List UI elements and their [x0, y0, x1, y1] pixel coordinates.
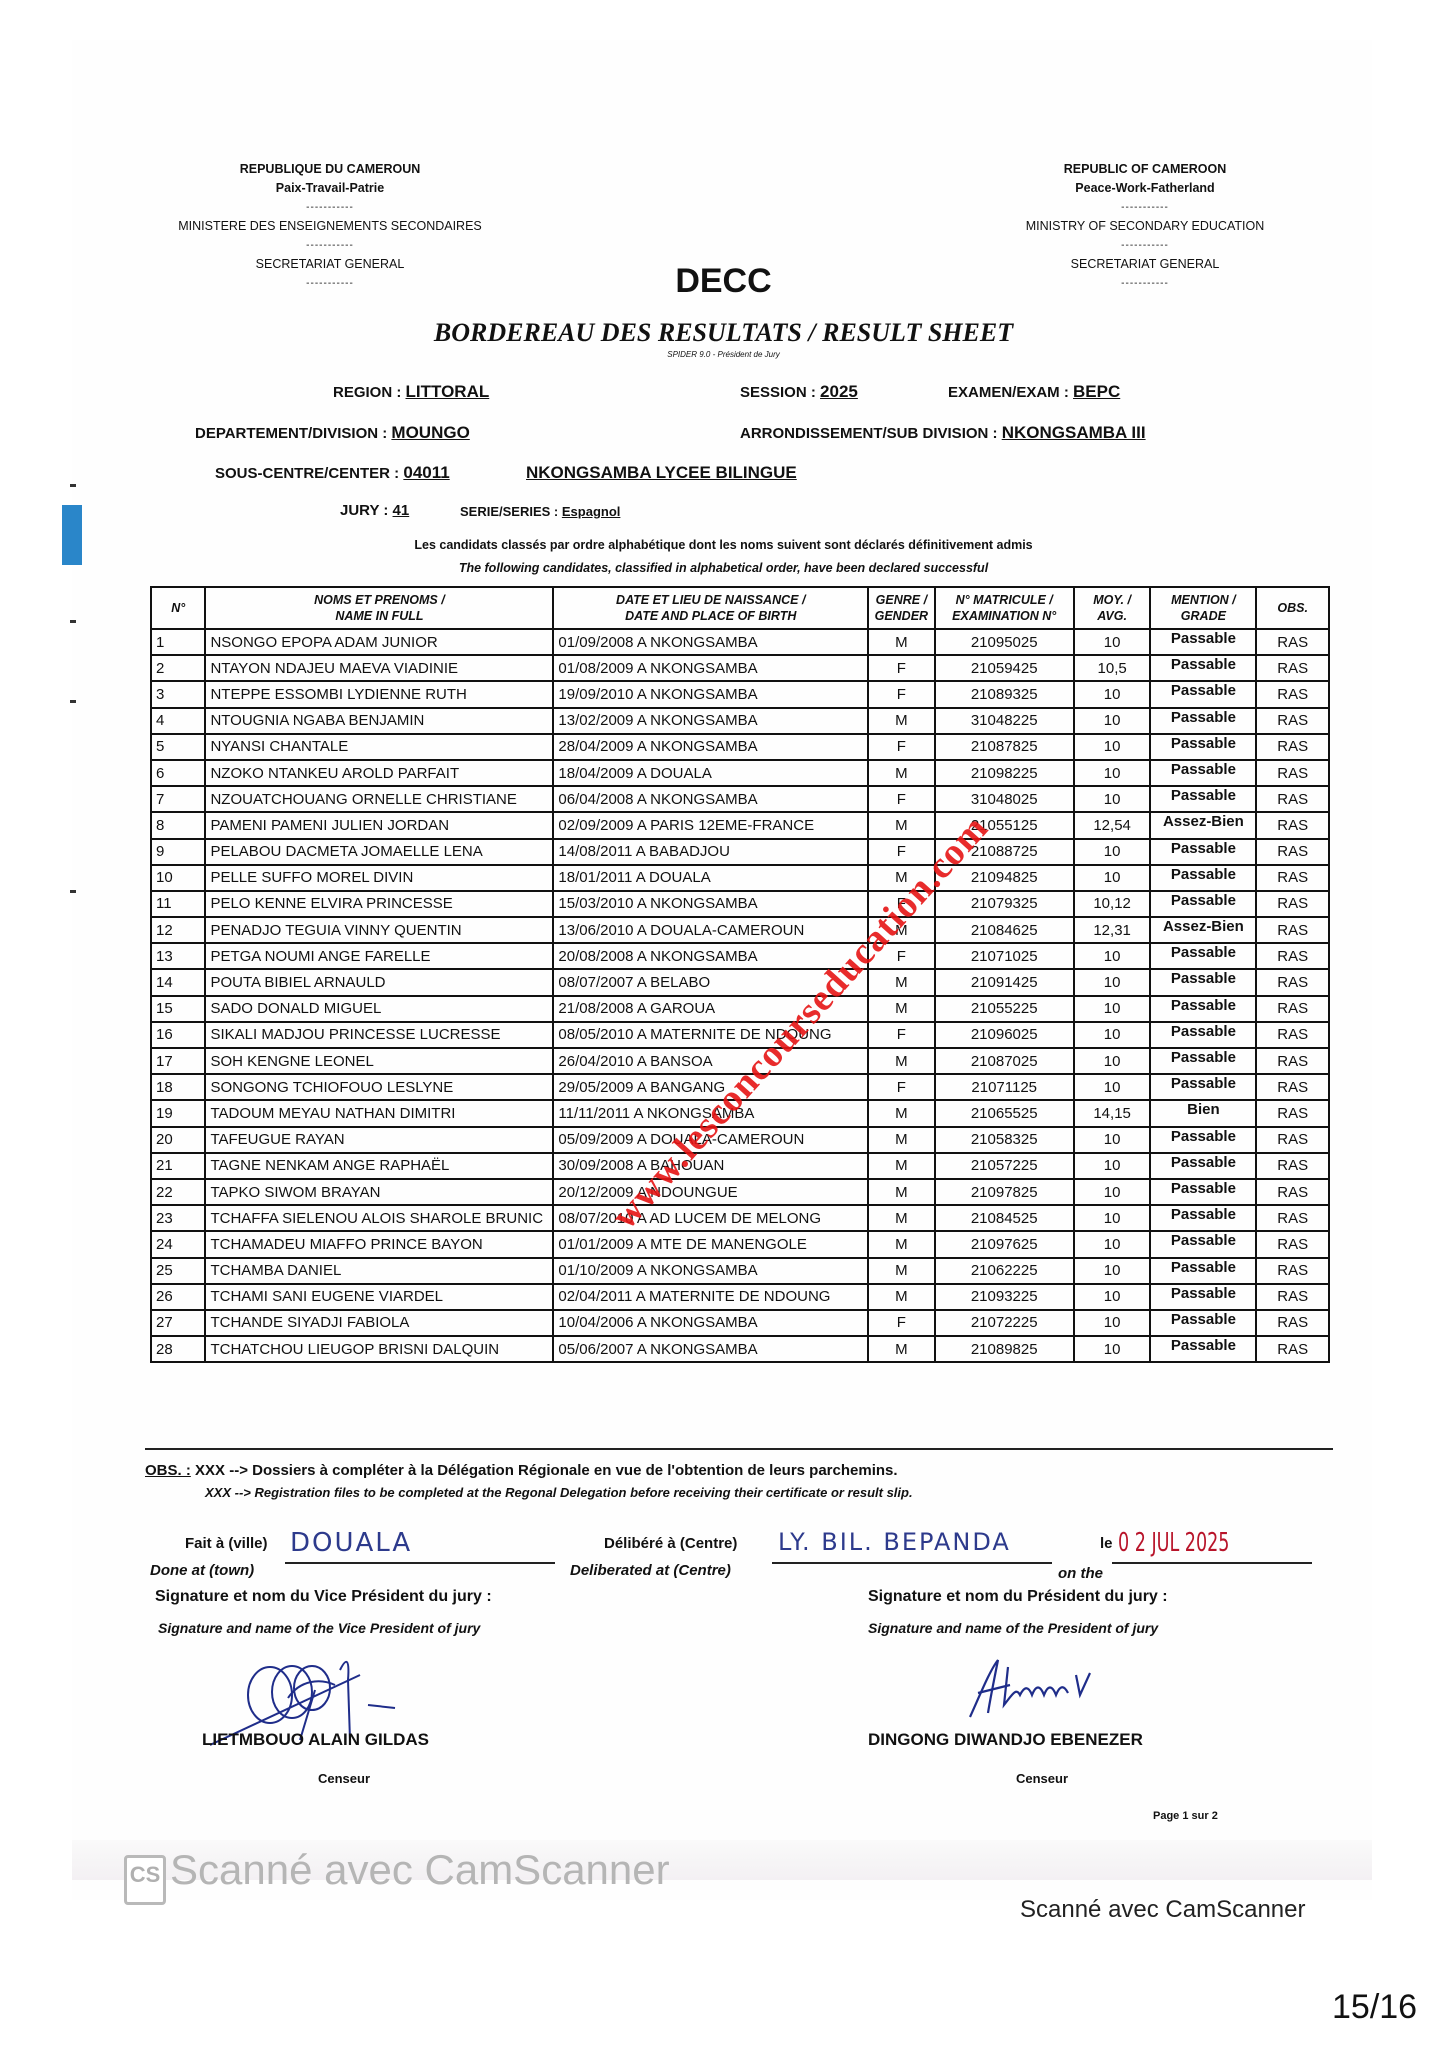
observation-cell: RAS: [1256, 655, 1329, 681]
date-stamp: 0 2 JUL 2025: [1118, 1528, 1229, 1558]
subdivision-value: NKONGSAMBA III: [1002, 423, 1146, 442]
date-label-fr: le: [1100, 1535, 1113, 1552]
grade-cell: Passable: [1150, 1074, 1256, 1100]
gender-cell: F: [868, 681, 935, 707]
table-row: 27TCHANDE SIYADJI FABIOLA10/04/2006 A NK…: [151, 1310, 1329, 1336]
table-row: 4NTOUGNIA NGABA BENJAMIN13/02/2009 A NKO…: [151, 708, 1329, 734]
candidate-name-cell: PAMENI PAMENI JULIEN JORDAN: [205, 812, 553, 838]
results-table: N° NOMS ET PRENOMS /NAME IN FULL DATE ET…: [150, 586, 1330, 1363]
table-row: 23TCHAFFA SIELENOU ALOIS SHAROLE BRUNIC0…: [151, 1205, 1329, 1231]
average-cell: 10: [1074, 1205, 1151, 1231]
average-cell: 10: [1074, 734, 1151, 760]
observation-cell: RAS: [1256, 786, 1329, 812]
candidate-name-cell: TAPKO SIWOM BRAYAN: [205, 1179, 553, 1205]
grade-cell: Assez-Bien: [1150, 917, 1256, 943]
grade-cell: Passable: [1150, 1048, 1256, 1074]
observation-cell: RAS: [1256, 708, 1329, 734]
motto-fr: Paix-Travail-Patrie: [160, 179, 500, 198]
table-row: 10PELLE SUFFO MOREL DIVIN18/01/2011 A DO…: [151, 865, 1329, 891]
row-number-cell: 27: [151, 1310, 205, 1336]
gender-cell: F: [868, 655, 935, 681]
grade-cell: Passable: [1150, 681, 1256, 707]
birth-date-place-cell: 28/04/2009 A NKONGSAMBA: [553, 734, 868, 760]
gender-cell: F: [868, 1022, 935, 1048]
row-number-cell: 12: [151, 917, 205, 943]
table-row: 18SONGONG TCHIOFOUO LESLYNE29/05/2009 A …: [151, 1074, 1329, 1100]
row-number-cell: 24: [151, 1231, 205, 1257]
scan-edge-mark: [70, 700, 76, 703]
gender-cell: F: [868, 891, 935, 917]
table-row: 22TAPKO SIWOM BRAYAN20/12/2009 A NDOUNGU…: [151, 1179, 1329, 1205]
statement-fr: Les candidats classés par ordre alphabét…: [0, 538, 1447, 552]
observation-cell: RAS: [1256, 1127, 1329, 1153]
grade-cell: Passable: [1150, 1284, 1256, 1310]
row-number-cell: 5: [151, 734, 205, 760]
exam-label: EXAMEN/EXAM :: [948, 384, 1069, 401]
row-number-cell: 21: [151, 1153, 205, 1179]
grade-cell: Passable: [1150, 1310, 1256, 1336]
birth-date-place-cell: 30/09/2008 A BAHOUAN: [553, 1153, 868, 1179]
vice-president-name: LIETMBOUO ALAIN GILDAS: [202, 1730, 429, 1750]
birth-date-place-cell: 26/04/2010 A BANSOA: [553, 1048, 868, 1074]
examination-number-cell: 21059425: [935, 655, 1074, 681]
gender-cell: M: [868, 1258, 935, 1284]
row-number-cell: 23: [151, 1205, 205, 1231]
observation-fr: OBS. : XXX --> Dossiers à compléter à la…: [145, 1462, 898, 1479]
examination-number-cell: 21065525: [935, 1100, 1074, 1126]
table-row: 12PENADJO TEGUIA VINNY QUENTIN13/06/2010…: [151, 917, 1329, 943]
birth-date-place-cell: 11/11/2011 A NKONGSAMBA: [553, 1100, 868, 1126]
examination-number-cell: 21071125: [935, 1074, 1074, 1100]
gender-cell: M: [868, 865, 935, 891]
gender-cell: M: [868, 1336, 935, 1362]
row-number-cell: 14: [151, 969, 205, 995]
birth-date-place-cell: 10/04/2006 A NKONGSAMBA: [553, 1310, 868, 1336]
division-field: DEPARTEMENT/DIVISION : MOUNGO: [195, 423, 470, 443]
average-cell: 10: [1074, 865, 1151, 891]
observation-cell: RAS: [1256, 865, 1329, 891]
observation-cell: RAS: [1256, 760, 1329, 786]
gender-cell: M: [868, 629, 935, 655]
country-fr: REPUBLIQUE DU CAMEROUN: [160, 160, 500, 179]
average-cell: 10: [1074, 1127, 1151, 1153]
birth-date-place-cell: 13/02/2009 A NKONGSAMBA: [553, 708, 868, 734]
examination-number-cell: 31048225: [935, 708, 1074, 734]
birth-date-place-cell: 14/08/2011 A BABADJOU: [553, 839, 868, 865]
examination-number-cell: 21089825: [935, 1336, 1074, 1362]
average-cell: 10: [1074, 760, 1151, 786]
average-cell: 10: [1074, 1284, 1151, 1310]
observation-cell: RAS: [1256, 917, 1329, 943]
separator: -----------: [980, 236, 1310, 255]
gender-cell: F: [868, 1074, 935, 1100]
series-value: Espagnol: [562, 504, 621, 519]
gender-cell: M: [868, 1179, 935, 1205]
scan-edge-mark: [70, 620, 76, 623]
examination-number-cell: 21055225: [935, 996, 1074, 1022]
candidate-name-cell: NYANSI CHANTALE: [205, 734, 553, 760]
birth-date-place-cell: 18/04/2009 A DOUALA: [553, 760, 868, 786]
row-number-cell: 18: [151, 1074, 205, 1100]
candidate-name-cell: SOH KENGNE LEONEL: [205, 1048, 553, 1074]
birth-date-place-cell: 06/04/2008 A NKONGSAMBA: [553, 786, 868, 812]
subdivision-field: ARRONDISSEMENT/SUB DIVISION : NKONGSAMBA…: [740, 423, 1146, 443]
scan-edge-mark: [70, 890, 76, 893]
grade-cell: Passable: [1150, 734, 1256, 760]
row-number-cell: 22: [151, 1179, 205, 1205]
camscanner-caption: Scanné avec CamScanner: [1020, 1896, 1306, 1924]
table-row: 15SADO DONALD MIGUEL21/08/2008 A GAROUAM…: [151, 996, 1329, 1022]
col-header-obs: OBS.: [1256, 587, 1329, 629]
birth-date-place-cell: 01/09/2008 A NKONGSAMBA: [553, 629, 868, 655]
examination-number-cell: 21097625: [935, 1231, 1074, 1257]
observation-cell: RAS: [1256, 1336, 1329, 1362]
gender-cell: F: [868, 839, 935, 865]
table-row: 24TCHAMADEU MIAFFO PRINCE BAYON01/01/200…: [151, 1231, 1329, 1257]
row-number-cell: 13: [151, 943, 205, 969]
col-header-matricule: N° MATRICULE /EXAMINATION N°: [935, 587, 1074, 629]
table-row: 20TAFEUGUE RAYAN05/09/2009 A DOUALA-CAME…: [151, 1127, 1329, 1153]
candidate-name-cell: PETGA NOUMI ANGE FARELLE: [205, 943, 553, 969]
gender-cell: M: [868, 1048, 935, 1074]
session-label: SESSION :: [740, 384, 816, 401]
table-row: 1NSONGO EPOPA ADAM JUNIOR01/09/2008 A NK…: [151, 629, 1329, 655]
candidate-name-cell: PELLE SUFFO MOREL DIVIN: [205, 865, 553, 891]
table-row: 6NZOKO NTANKEU AROLD PARFAIT18/04/2009 A…: [151, 760, 1329, 786]
col-header-name: NOMS ET PRENOMS /NAME IN FULL: [205, 587, 553, 629]
average-cell: 10: [1074, 1336, 1151, 1362]
examination-number-cell: 31048025: [935, 786, 1074, 812]
observation-cell: RAS: [1256, 734, 1329, 760]
gender-cell: M: [868, 708, 935, 734]
done-at-line: [285, 1562, 555, 1564]
president-title-en: Signature and name of the President of j…: [868, 1620, 1158, 1636]
col-header-birth: DATE ET LIEU DE NAISSANCE /DATE AND PLAC…: [553, 587, 868, 629]
average-cell: 10: [1074, 1153, 1151, 1179]
done-at-label-en: Done at (town): [150, 1562, 254, 1579]
average-cell: 10: [1074, 1310, 1151, 1336]
separator: -----------: [980, 198, 1310, 217]
grade-cell: Passable: [1150, 1179, 1256, 1205]
examination-number-cell: 21087025: [935, 1048, 1074, 1074]
observation-cell: RAS: [1256, 1074, 1329, 1100]
candidate-name-cell: PENADJO TEGUIA VINNY QUENTIN: [205, 917, 553, 943]
gender-cell: F: [868, 734, 935, 760]
examination-number-cell: 21057225: [935, 1153, 1074, 1179]
col-header-number: N°: [151, 587, 205, 629]
session-field: SESSION : 2025: [740, 382, 858, 402]
gender-cell: M: [868, 1284, 935, 1310]
candidate-name-cell: TAGNE NENKAM ANGE RAPHAËL: [205, 1153, 553, 1179]
examination-number-cell: 21072225: [935, 1310, 1074, 1336]
observation-cell: RAS: [1256, 1258, 1329, 1284]
average-cell: 10: [1074, 969, 1151, 995]
jury-label: JURY :: [340, 502, 388, 519]
exam-value: BEPC: [1073, 382, 1120, 401]
grade-cell: Passable: [1150, 786, 1256, 812]
observation-cell: RAS: [1256, 1310, 1329, 1336]
birth-date-place-cell: 08/05/2010 A MATERNITE DE NDOUNG: [553, 1022, 868, 1048]
examination-number-cell: 21095025: [935, 629, 1074, 655]
table-header-row: N° NOMS ET PRENOMS /NAME IN FULL DATE ET…: [151, 587, 1329, 629]
average-cell: 10: [1074, 1074, 1151, 1100]
camscanner-logo-icon: CS: [124, 1855, 166, 1905]
row-number-cell: 28: [151, 1336, 205, 1362]
grade-cell: Passable: [1150, 760, 1256, 786]
examination-number-cell: 21058325: [935, 1127, 1074, 1153]
table-row: 14POUTA BIBIEL ARNAULD08/07/2007 A BELAB…: [151, 969, 1329, 995]
deliberated-line: [772, 1562, 1052, 1564]
birth-date-place-cell: 18/01/2011 A DOUALA: [553, 865, 868, 891]
vice-president-role: Censeur: [318, 1771, 370, 1786]
observation-cell: RAS: [1256, 943, 1329, 969]
observation-cell: RAS: [1256, 1022, 1329, 1048]
region-value: LITTORAL: [406, 382, 490, 401]
average-cell: 10: [1074, 1231, 1151, 1257]
birth-date-place-cell: 02/04/2011 A MATERNITE DE NDOUNG: [553, 1284, 868, 1310]
row-number-cell: 6: [151, 760, 205, 786]
row-number-cell: 15: [151, 996, 205, 1022]
grade-cell: Bien: [1150, 1100, 1256, 1126]
division-label: DEPARTEMENT/DIVISION :: [195, 425, 387, 442]
examination-number-cell: 21084625: [935, 917, 1074, 943]
average-cell: 10: [1074, 629, 1151, 655]
observation-cell: RAS: [1256, 969, 1329, 995]
table-row: 11PELO KENNE ELVIRA PRINCESSE15/03/2010 …: [151, 891, 1329, 917]
row-number-cell: 4: [151, 708, 205, 734]
gender-cell: F: [868, 1310, 935, 1336]
candidate-name-cell: NTOUGNIA NGABA BENJAMIN: [205, 708, 553, 734]
examination-number-cell: 21094825: [935, 865, 1074, 891]
table-row: 25TCHAMBA DANIEL01/10/2009 A NKONGSAMBAM…: [151, 1258, 1329, 1284]
observation-cell: RAS: [1256, 839, 1329, 865]
average-cell: 10: [1074, 1258, 1151, 1284]
grade-cell: Passable: [1150, 1336, 1256, 1362]
birth-date-place-cell: 01/10/2009 A NKONGSAMBA: [553, 1258, 868, 1284]
grade-cell: Passable: [1150, 1258, 1256, 1284]
average-cell: 10: [1074, 996, 1151, 1022]
average-cell: 10,5: [1074, 655, 1151, 681]
candidate-name-cell: POUTA BIBIEL ARNAULD: [205, 969, 553, 995]
examination-number-cell: 21079325: [935, 891, 1074, 917]
observation-cell: RAS: [1256, 1153, 1329, 1179]
vice-president-title-fr: Signature et nom du Vice Président du ju…: [155, 1588, 492, 1606]
birth-date-place-cell: 20/12/2009 A NDOUNGUE: [553, 1179, 868, 1205]
jury-field: JURY : 41: [340, 502, 409, 519]
average-cell: 10: [1074, 839, 1151, 865]
candidate-name-cell: PELO KENNE ELVIRA PRINCESSE: [205, 891, 553, 917]
gender-cell: M: [868, 812, 935, 838]
examination-number-cell: 21089325: [935, 681, 1074, 707]
series-field: SERIE/SERIES : Espagnol: [460, 504, 620, 519]
center-name: NKONGSAMBA LYCEE BILINGUE: [526, 463, 797, 482]
grade-cell: Passable: [1150, 1153, 1256, 1179]
birth-date-place-cell: 05/09/2009 A DOUALA-CAMEROUN: [553, 1127, 868, 1153]
gender-cell: M: [868, 969, 935, 995]
grade-cell: Passable: [1150, 655, 1256, 681]
birth-date-place-cell: 15/03/2010 A NKONGSAMBA: [553, 891, 868, 917]
scan-edge-artifact: [62, 505, 82, 565]
candidate-name-cell: SONGONG TCHIOFOUO LESLYNE: [205, 1074, 553, 1100]
grade-cell: Passable: [1150, 943, 1256, 969]
row-number-cell: 25: [151, 1258, 205, 1284]
examination-number-cell: 21071025: [935, 943, 1074, 969]
birth-date-place-cell: 20/08/2008 A NKONGSAMBA: [553, 943, 868, 969]
row-number-cell: 16: [151, 1022, 205, 1048]
candidate-name-cell: TCHAMBA DANIEL: [205, 1258, 553, 1284]
candidate-name-cell: SIKALI MADJOU PRINCESSE LUCRESSE: [205, 1022, 553, 1048]
gender-cell: M: [868, 1127, 935, 1153]
candidate-name-cell: TCHAFFA SIELENOU ALOIS SHAROLE BRUNIC: [205, 1205, 553, 1231]
row-number-cell: 11: [151, 891, 205, 917]
birth-date-place-cell: 05/06/2007 A NKONGSAMBA: [553, 1336, 868, 1362]
examination-number-cell: 21096025: [935, 1022, 1074, 1048]
gender-cell: M: [868, 760, 935, 786]
row-number-cell: 3: [151, 681, 205, 707]
candidate-name-cell: NSONGO EPOPA ADAM JUNIOR: [205, 629, 553, 655]
observation-cell: RAS: [1256, 1284, 1329, 1310]
table-row: 19TADOUM MEYAU NATHAN DIMITRI11/11/2011 …: [151, 1100, 1329, 1126]
page-subtitle: SPIDER 9.0 - Président de Jury: [0, 350, 1447, 359]
examination-number-cell: 21087825: [935, 734, 1074, 760]
average-cell: 10: [1074, 786, 1151, 812]
camscanner-watermark: Scanné avec CamScanner: [170, 1846, 670, 1894]
grade-cell: Passable: [1150, 969, 1256, 995]
birth-date-place-cell: 02/09/2009 A PARIS 12EME-FRANCE: [553, 812, 868, 838]
col-header-average: MOY. /AVG.: [1074, 587, 1151, 629]
deliberated-value: LY. BIL. BEPANDA: [778, 1528, 1011, 1556]
observation-cell: RAS: [1256, 1179, 1329, 1205]
observation-cell: RAS: [1256, 629, 1329, 655]
president-title-fr: Signature et nom du Président du jury :: [868, 1588, 1168, 1606]
deliberated-label-en: Deliberated at (Centre): [570, 1562, 731, 1579]
country-en: REPUBLIC OF CAMEROON: [980, 160, 1310, 179]
average-cell: 10: [1074, 1048, 1151, 1074]
table-row: 5NYANSI CHANTALE28/04/2009 A NKONGSAMBAF…: [151, 734, 1329, 760]
exam-field: EXAMEN/EXAM : BEPC: [948, 382, 1120, 402]
birth-date-place-cell: 13/06/2010 A DOUALA-CAMEROUN: [553, 917, 868, 943]
candidate-name-cell: NZOKO NTANKEU AROLD PARFAIT: [205, 760, 553, 786]
grade-cell: Passable: [1150, 839, 1256, 865]
birth-date-place-cell: 19/09/2010 A NKONGSAMBA: [553, 681, 868, 707]
candidate-name-cell: NZOUATCHOUANG ORNELLE CHRISTIANE: [205, 786, 553, 812]
average-cell: 12,31: [1074, 917, 1151, 943]
obs-text-fr: XXX --> Dossiers à compléter à la Déléga…: [195, 1462, 898, 1479]
observation-cell: RAS: [1256, 1205, 1329, 1231]
birth-date-place-cell: 01/08/2009 A NKONGSAMBA: [553, 655, 868, 681]
average-cell: 14,15: [1074, 1100, 1151, 1126]
row-number-cell: 1: [151, 629, 205, 655]
table-row: 8PAMENI PAMENI JULIEN JORDAN02/09/2009 A…: [151, 812, 1329, 838]
gender-cell: M: [868, 1205, 935, 1231]
candidate-name-cell: SADO DONALD MIGUEL: [205, 996, 553, 1022]
president-name: DINGONG DIWANDJO EBENEZER: [868, 1730, 1143, 1750]
motto-en: Peace-Work-Fatherland: [980, 179, 1310, 198]
table-row: 21TAGNE NENKAM ANGE RAPHAËL30/09/2008 A …: [151, 1153, 1329, 1179]
gender-cell: F: [868, 943, 935, 969]
table-row: 7NZOUATCHOUANG ORNELLE CHRISTIANE06/04/2…: [151, 786, 1329, 812]
table-row: 17SOH KENGNE LEONEL26/04/2010 A BANSOAM2…: [151, 1048, 1329, 1074]
president-role: Censeur: [1016, 1771, 1068, 1786]
examination-number-cell: 21055125: [935, 812, 1074, 838]
table-row: 13PETGA NOUMI ANGE FARELLE20/08/2008 A N…: [151, 943, 1329, 969]
ministry-fr: MINISTERE DES ENSEIGNEMENTS SECONDAIRES: [160, 217, 500, 236]
examination-number-cell: 21062225: [935, 1258, 1074, 1284]
observation-cell: RAS: [1256, 891, 1329, 917]
row-number-cell: 10: [151, 865, 205, 891]
date-line: [1112, 1562, 1312, 1564]
grade-cell: Passable: [1150, 629, 1256, 655]
candidate-name-cell: NTEPPE ESSOMBI LYDIENNE RUTH: [205, 681, 553, 707]
candidate-name-cell: PELABOU DACMETA JOMAELLE LENA: [205, 839, 553, 865]
done-at-label-fr: Fait à (ville): [185, 1535, 268, 1552]
candidate-name-cell: TADOUM MEYAU NATHAN DIMITRI: [205, 1100, 553, 1126]
separator: -----------: [160, 236, 500, 255]
grade-cell: Passable: [1150, 865, 1256, 891]
jury-value: 41: [393, 502, 410, 519]
divider: [145, 1448, 1333, 1450]
row-number-cell: 9: [151, 839, 205, 865]
grade-cell: Passable: [1150, 1127, 1256, 1153]
table-row: 16SIKALI MADJOU PRINCESSE LUCRESSE08/05/…: [151, 1022, 1329, 1048]
birth-date-place-cell: 08/07/2007 A BELABO: [553, 969, 868, 995]
table-row: 26TCHAMI SANI EUGENE VIARDEL02/04/2011 A…: [151, 1284, 1329, 1310]
birth-date-place-cell: 08/07/2010 A AD LUCEM DE MELONG: [553, 1205, 868, 1231]
observation-cell: RAS: [1256, 812, 1329, 838]
center-code: 04011: [403, 463, 449, 482]
row-number-cell: 8: [151, 812, 205, 838]
examination-number-cell: 21093225: [935, 1284, 1074, 1310]
observation-cell: RAS: [1256, 1100, 1329, 1126]
table-row: 2NTAYON NDAJEU MAEVA VIADINIE01/08/2009 …: [151, 655, 1329, 681]
examination-number-cell: 21084525: [935, 1205, 1074, 1231]
candidate-name-cell: TAFEUGUE RAYAN: [205, 1127, 553, 1153]
observation-cell: RAS: [1256, 1048, 1329, 1074]
observation-en: XXX --> Registration files to be complet…: [205, 1485, 913, 1500]
done-at-value: DOUALA: [290, 1528, 412, 1558]
grade-cell: Passable: [1150, 1231, 1256, 1257]
observation-cell: RAS: [1256, 996, 1329, 1022]
session-value: 2025: [820, 382, 858, 401]
row-number-cell: 19: [151, 1100, 205, 1126]
grade-cell: Passable: [1150, 996, 1256, 1022]
gender-cell: M: [868, 996, 935, 1022]
examination-number-cell: 21088725: [935, 839, 1074, 865]
candidate-name-cell: NTAYON NDAJEU MAEVA VIADINIE: [205, 655, 553, 681]
table-row: 28TCHATCHOU LIEUGOP BRISNI DALQUIN05/06/…: [151, 1336, 1329, 1362]
average-cell: 10: [1074, 943, 1151, 969]
row-number-cell: 17: [151, 1048, 205, 1074]
col-header-gender: GENRE /GENDER: [868, 587, 935, 629]
grade-cell: Assez-Bien: [1150, 812, 1256, 838]
center-label: SOUS-CENTRE/CENTER :: [215, 465, 399, 482]
candidate-name-cell: TCHAMADEU MIAFFO PRINCE BAYON: [205, 1231, 553, 1257]
average-cell: 10: [1074, 708, 1151, 734]
candidate-name-cell: TCHANDE SIYADJI FABIOLA: [205, 1310, 553, 1336]
region-field: REGION : LITTORAL: [333, 382, 489, 402]
page-title: BORDEREAU DES RESULTATS / RESULT SHEET: [0, 318, 1447, 348]
center-name-field: NKONGSAMBA LYCEE BILINGUE: [526, 463, 797, 483]
observation-cell: RAS: [1256, 681, 1329, 707]
candidate-name-cell: TCHATCHOU LIEUGOP BRISNI DALQUIN: [205, 1336, 553, 1362]
vice-president-title-en: Signature and name of the Vice President…: [158, 1620, 480, 1636]
series-label: SERIE/SERIES :: [460, 504, 558, 519]
deliberated-label-fr: Délibéré à (Centre): [604, 1535, 737, 1552]
average-cell: 12,54: [1074, 812, 1151, 838]
grade-cell: Passable: [1150, 1022, 1256, 1048]
grade-cell: Passable: [1150, 708, 1256, 734]
grade-cell: Passable: [1150, 1205, 1256, 1231]
